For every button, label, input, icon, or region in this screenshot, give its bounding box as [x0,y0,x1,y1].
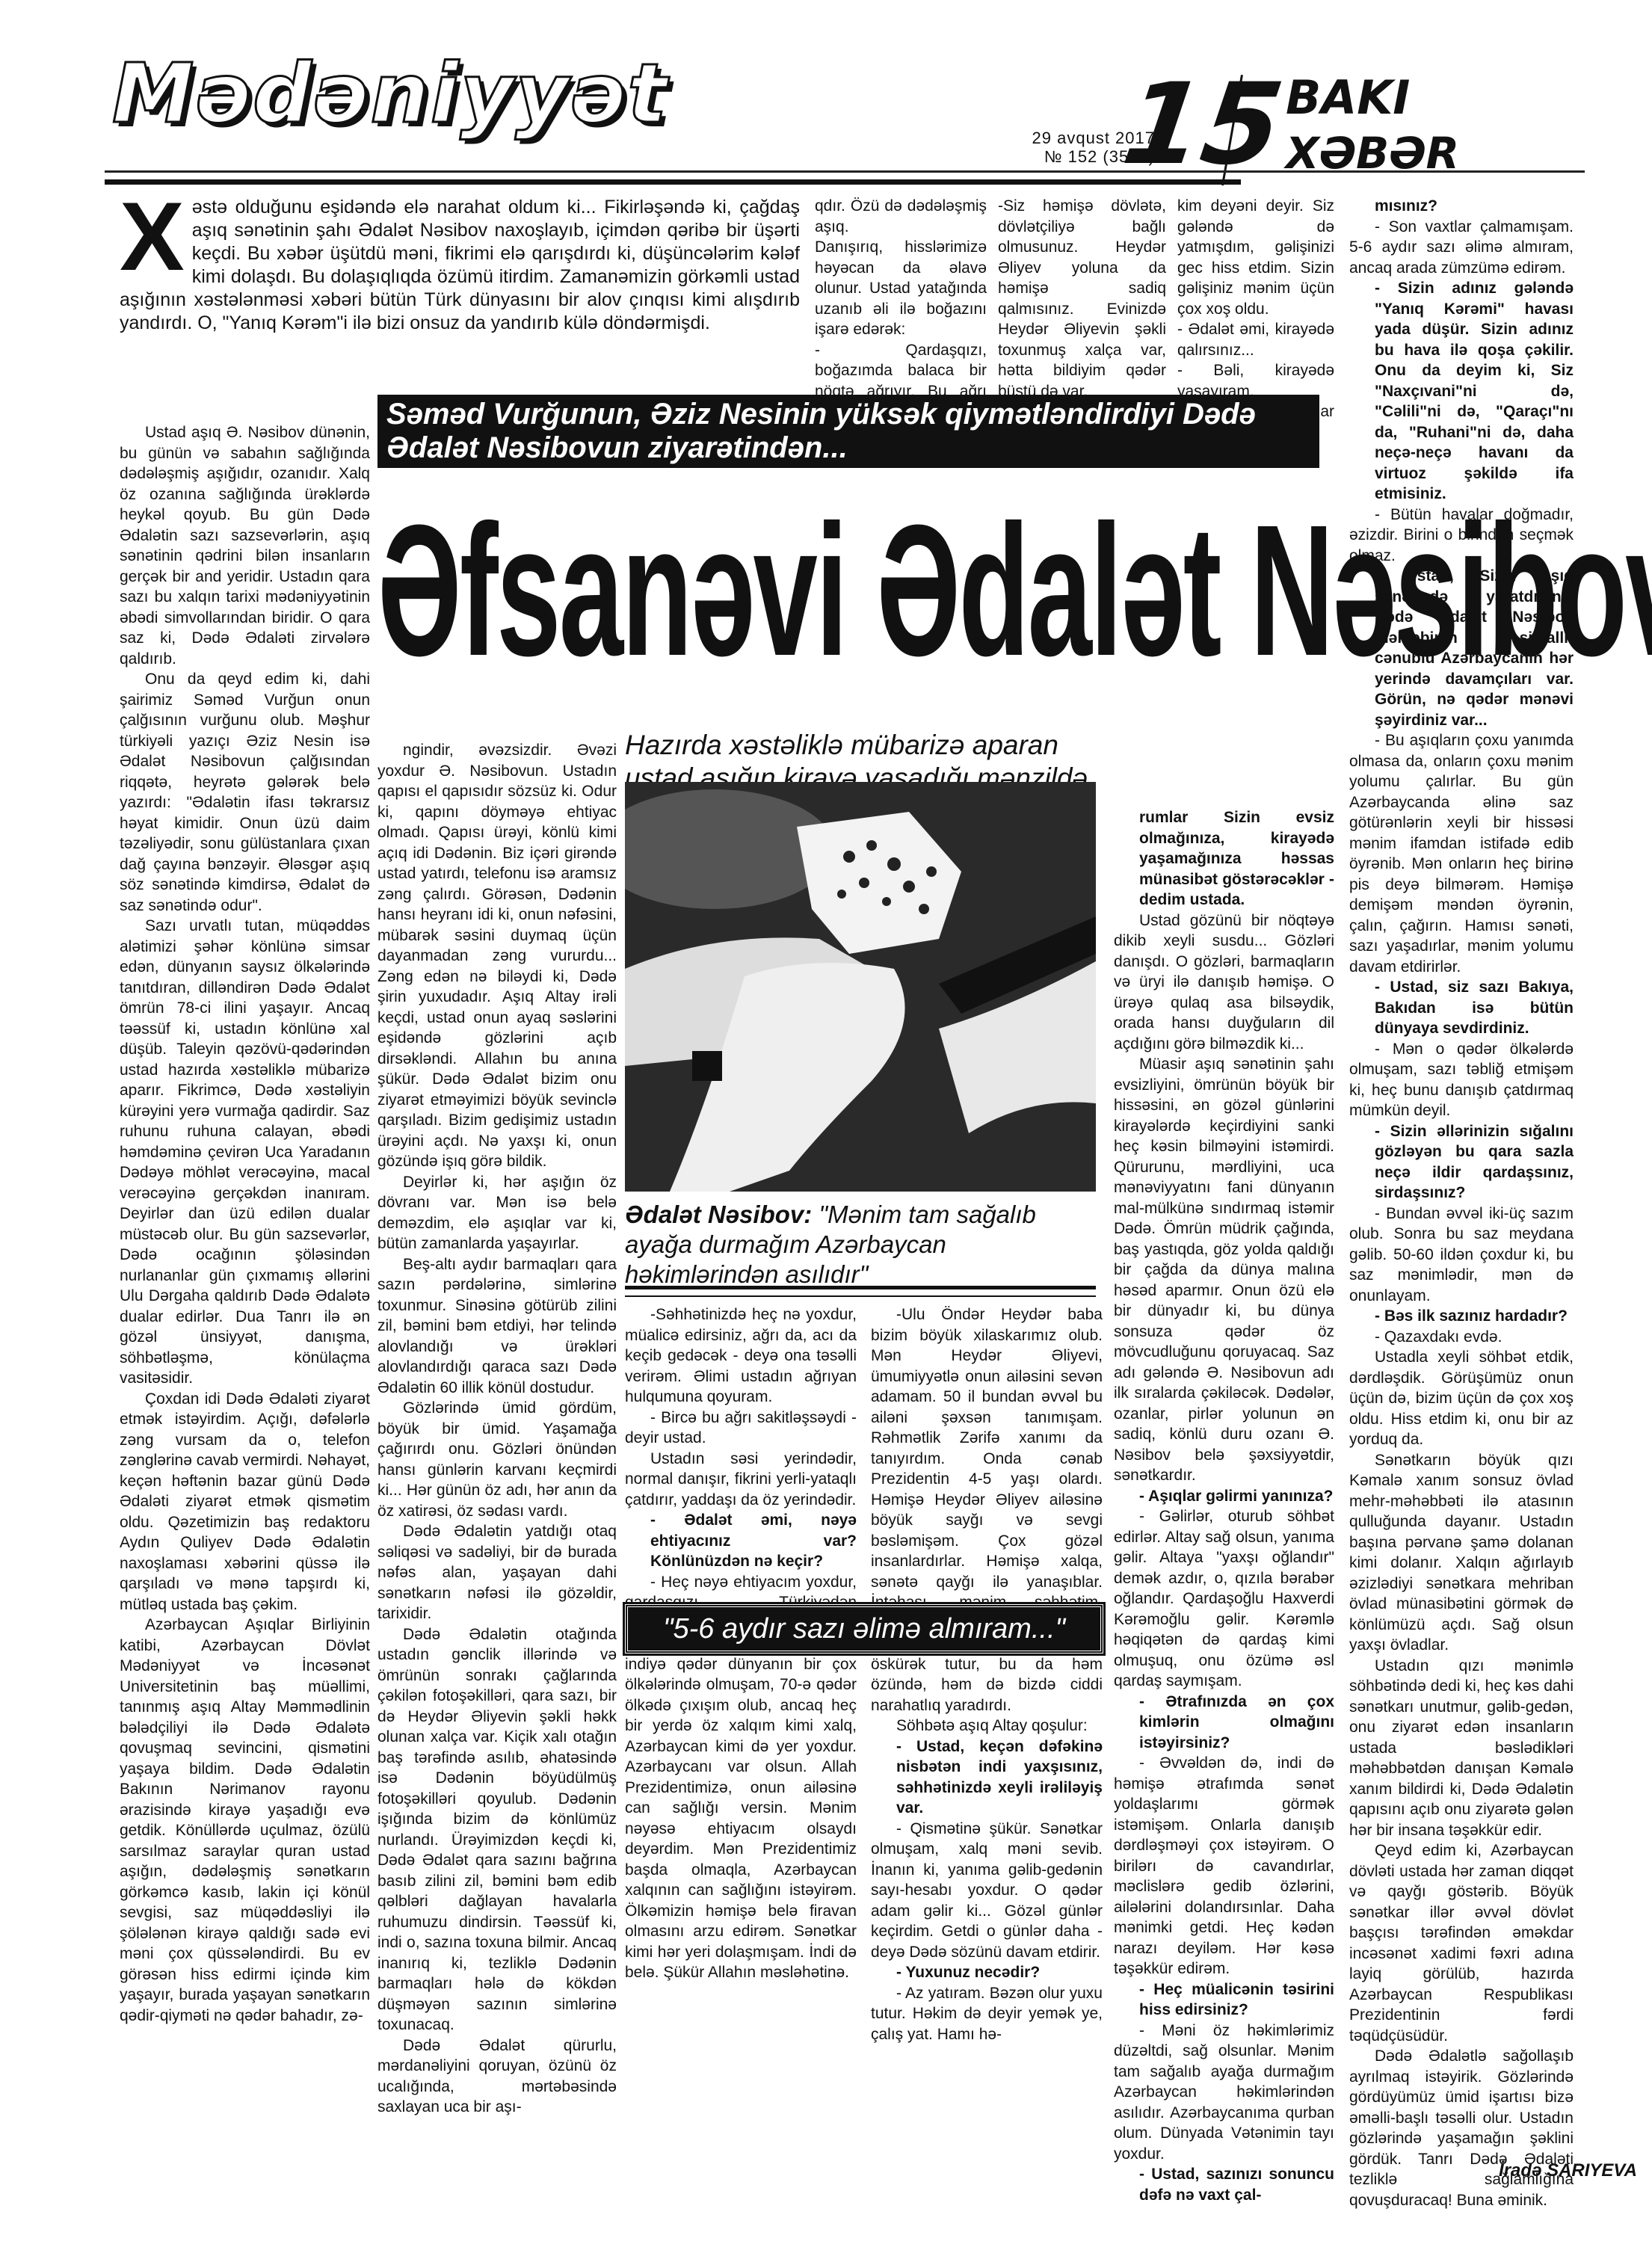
photo-image [625,782,1096,1192]
article-photo [625,782,1096,1192]
interview-question: - Sizin əllərinizin sığalını gözləyən bu… [1349,1121,1574,1204]
paragraph: - Bundan əvvəl iki-üç sazım olub. Sonra … [1349,1204,1574,1307]
paragraph: Söhbətə aşıq Altay qoşulur: [871,1716,1103,1736]
caption-name: Ədalət Nəsibov: [625,1201,812,1228]
paragraph: -Səhhətinizdə heç nə yoxdur, müalicə edi… [625,1304,857,1408]
author-byline: İradə SARIYEVA [1413,2160,1637,2181]
paragraph: Ustad gözünü bir nöqtəyə dikib xeyli sus… [1114,910,1334,1055]
paragraph: Gözlərində ümid gördüm, böyük bir ümid. … [377,1398,617,1521]
interview-question: - Heç müalicənin təsirini hiss edirsiniz… [1114,1979,1334,2021]
masthead-rule-thick [105,179,1241,185]
paragraph: ngindir, əvəzsizdir. Əvəzi yoxdur Ə. Nəs… [377,740,617,1172]
paragraph: - Bu aşıqların çoxu yanımda olmasa da, o… [1349,730,1574,977]
paragraph: Deyirlər ki, hər aşığın öz dövranı var. … [377,1172,617,1254]
paragraph: Dədə Ədalət qürurlu, mərdanəliyini qoruy… [377,2036,617,2118]
column-2-top: qdır. Özü də dədələşmiş aşıq. Danışırıq,… [815,196,987,422]
column-3-top: -Siz həmişə dövlətə, dövlətçiliyə bağlı … [998,196,1166,401]
interview-question: - Ustad, siz sazı Bakıya, Bakıdan isə bü… [1349,977,1574,1039]
masthead-rule-thin [105,170,1585,173]
paragraph: Beş-altı aydır barmaqları qara sazın pər… [377,1254,617,1399]
section-title: Mədəniyyət [112,52,668,135]
drop-cap: X [120,200,185,272]
paragraph: Ustadın səsi yerindədir, normal danışır,… [625,1449,857,1511]
interview-question: rumlar Sizin evsiz olmağınıza, kirayədə … [1114,807,1334,910]
paragraph: Sazı urvatlı tutan, müqəddəs alətimizi ş… [120,916,370,1389]
column-6: mısınız?- Son vaxtlar çalmamışam. 5-6 ay… [1349,196,1574,2210]
paragraph: Dədə Ədalətlə sağollaşıb ayrılmaq istəyi… [1349,2046,1574,2210]
interview-question: - Yuxunuz necədir? [871,1962,1103,1983]
logo-line-1: BAKI [1286,75,1459,121]
interview-question: mısınız? [1349,196,1574,217]
interview-question: - Aşıqlar gəlirmi yanınıza? [1114,1486,1334,1507]
paragraph: Ustadın qızı mənimlə söhbətində dedi ki,… [1349,1656,1574,1841]
lead-text: əstə olduğunu eşidəndə elə narahat oldum… [120,197,800,333]
column-1: Ustad aşıq Ə. Nəsibov dünənin, bu günün … [120,422,370,2026]
page-number: 15 [1117,69,1289,181]
paragraph: Dədə Ədalətin otağında ustadın gənclik i… [377,1624,617,2036]
interview-question: - Ustad, keçən dəfəkinə nisbətən indi ya… [871,1736,1103,1819]
paragraph: Qeyd edim ki, Azərbaycan dövləti ustada … [1349,1840,1574,2046]
paragraph: Ustad aşıq Ə. Nəsibov dünənin, bu günün … [120,422,370,669]
interview-question: - Ətrafınızda ən çox kimlərin olmağını i… [1114,1692,1334,1754]
paragraph: Müasir aşıq sənətinin şahı evsizliyini, … [1114,1054,1334,1486]
paragraph: - Az yatıram. Bəzən olur yuxu tutur. Hək… [871,1983,1103,2045]
paragraph: Dədə Ədalətin yatdığı otaq səliqəsi və s… [377,1521,617,1624]
paragraph: - Son vaxtlar çalmamışam. 5-6 aydır sazı… [1349,217,1574,279]
logo-line-2: XƏBƏR [1286,132,1459,175]
newspaper-logo: BAKI XƏBƏR [1286,75,1459,175]
kicker-banner: Səməd Vurğunun, Əziz Nesinin yüksək qiym… [377,395,1319,468]
paragraph: - Əvvəldən də, indi də həmişə ətrafımda … [1114,1753,1334,1979]
interview-question: - Ustad, sazınızı sonuncu dəfə nə vaxt ç… [1114,2164,1334,2205]
paragraph: Çoxdan idi Dədə Ədaləti ziyarət etmək is… [120,1389,370,1615]
paragraph: - Gəlirlər, oturub söhbət edirlər. Altay… [1114,1506,1334,1692]
interview-question: - Sizin adınız gələndə "Yanıq Kərəmi" ha… [1349,278,1574,505]
paragraph: - Qazaxdakı evdə. [1349,1327,1574,1348]
column-5: rumlar Sizin evsiz olmağınıza, kirayədə … [1114,807,1334,2205]
paragraph: -Ulu Öndər Heydər baba bizim böyük xilas… [871,1304,1103,1633]
paragraph: - Mən o qədər ölkələrdə olmuşam, sazı tə… [1349,1039,1574,1121]
headline: Əfsanəvi Ədalət Nəsibov... [377,478,961,710]
paragraph: Onu da qeyd edim ki, dahi şairimiz Səməd… [120,669,370,916]
interview-question: - Ustad, Sizin aşıq sənətində yaratdığın… [1349,566,1574,730]
column-2: ngindir, əvəzsizdir. Əvəzi yoxdur Ə. Nəs… [377,740,617,2118]
pull-quote: "5-6 aydır sazı əlimə almıram..." [625,1604,1103,1654]
article-lead: X əstə olduğunu eşidəndə elə narahat old… [120,196,800,335]
paragraph: - Bircə bu ağrı sakitləşsəydi - deyir us… [625,1408,857,1449]
paragraph: Ustadla xeyli söhbət etdik, dərdləşdik. … [1349,1347,1574,1450]
paragraph: - Məni öz həkimlərimiz düzəltdi, sağ ols… [1114,2021,1334,2165]
caption-rule [625,1286,1096,1297]
paragraph: - Qismətinə şükür. Sənətkar olmuşam, xal… [871,1819,1103,1963]
interview-question: - Bəs ilk sazınız hardadır? [1349,1306,1574,1327]
interview-question: - Ədalət əmi, nəyə ehtiyacınız var? Könl… [625,1510,857,1572]
column-4: -Ulu Öndər Heydər baba bizim böyük xilas… [871,1304,1103,2044]
photo-caption: Ədalət Nəsibov: "Mənim tam sağalıb ayağa… [625,1200,1096,1289]
paragraph: - Bütün havalar doğmadır, əzizdir. Birin… [1349,505,1574,567]
paragraph: Azərbaycan Aşıqlar Birliyinin katibi, Az… [120,1615,370,2026]
paragraph: Sənətkarın böyük qızı Kəmalə xanım sonsu… [1349,1450,1574,1656]
